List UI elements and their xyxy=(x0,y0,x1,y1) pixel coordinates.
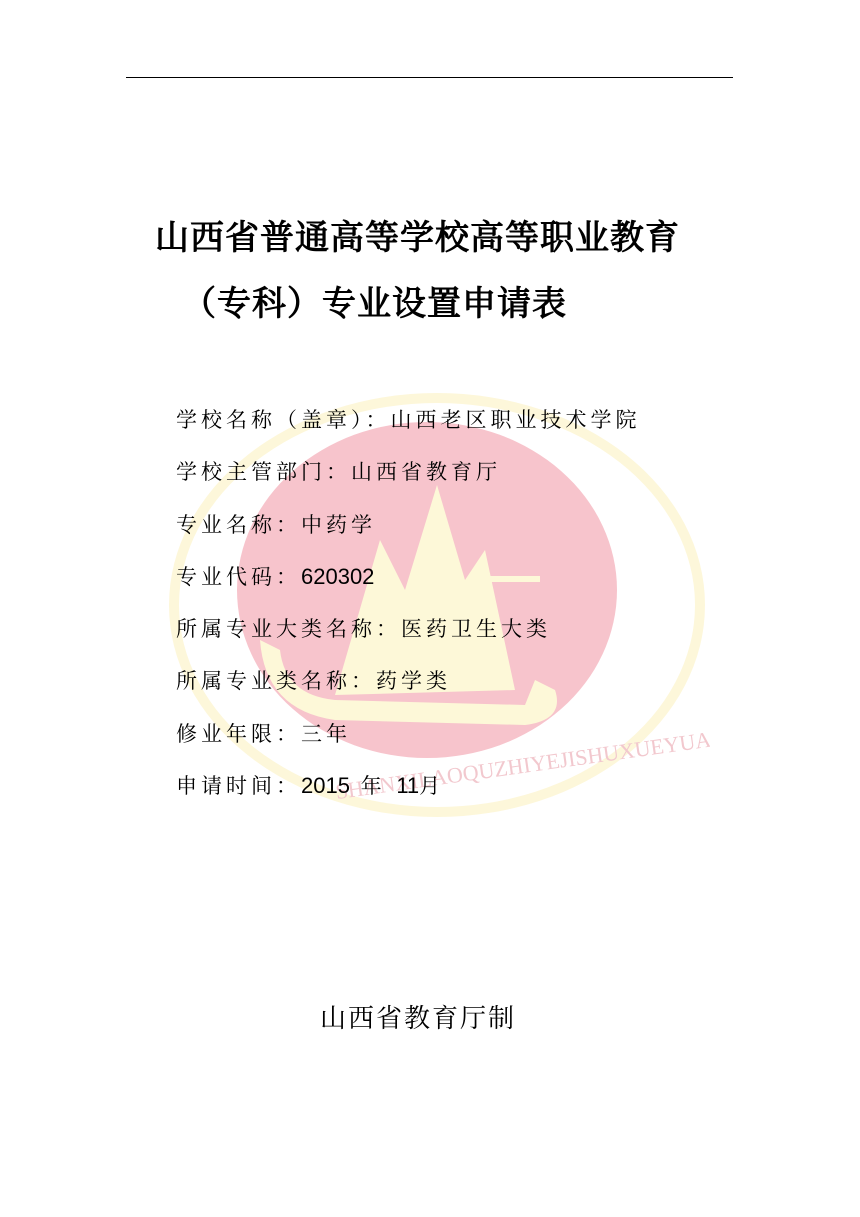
issuer-footer: 山西省教育厅制 xyxy=(320,998,516,1035)
field-value: 山西省教育厅 xyxy=(351,460,501,484)
field-label: 申请时间： xyxy=(176,774,301,798)
field-supervising-dept: 学校主管部门：山西省教育厅 xyxy=(176,454,641,506)
field-major-code: 专业代码：620302 xyxy=(176,559,641,611)
field-label: 学校主管部门： xyxy=(176,460,351,484)
field-label: 专业代码： xyxy=(176,565,301,589)
date-month: 11 xyxy=(396,773,419,798)
field-label: 所属专业大类名称： xyxy=(176,617,401,641)
field-value: 医药卫生大类 xyxy=(401,617,551,641)
application-fields: 学校名称（盖章）：山西老区职业技术学院 学校主管部门：山西省教育厅 专业名称：中… xyxy=(176,402,641,820)
date-year: 2015 xyxy=(301,773,350,798)
field-value: 三年 xyxy=(301,722,351,746)
field-duration: 修业年限：三年 xyxy=(176,716,641,768)
field-major-name: 专业名称：中药学 xyxy=(176,507,641,559)
header-rule xyxy=(126,77,733,78)
field-label: 学校名称（盖章）： xyxy=(176,408,391,432)
document-title-line1: 山西省普通高等学校高等职业教育 xyxy=(155,210,860,259)
field-value: 620302 xyxy=(301,564,374,589)
document-title-line2: （专科）专业设置申请表 xyxy=(182,276,860,325)
month-unit: 月 xyxy=(419,774,444,798)
year-unit: 年 xyxy=(361,774,386,798)
field-label: 修业年限： xyxy=(176,722,301,746)
field-value: 药学类 xyxy=(376,669,451,693)
field-application-date: 申请时间：2015 年 11月 xyxy=(176,768,641,820)
field-value: 山西老区职业技术学院 xyxy=(391,408,641,432)
field-major-category: 所属专业大类名称：医药卫生大类 xyxy=(176,611,641,663)
field-value: 中药学 xyxy=(301,513,376,537)
field-school-name: 学校名称（盖章）：山西老区职业技术学院 xyxy=(176,402,641,454)
field-major-class: 所属专业类名称：药学类 xyxy=(176,663,641,715)
field-label: 所属专业类名称： xyxy=(176,669,376,693)
field-label: 专业名称： xyxy=(176,513,301,537)
